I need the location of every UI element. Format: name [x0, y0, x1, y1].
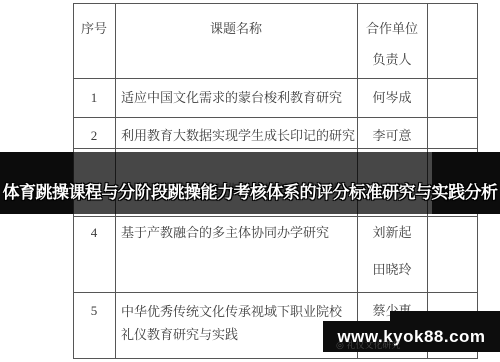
row-1-no: 1	[73, 89, 115, 107]
row-4-person2: 田晓玲	[357, 261, 427, 279]
row-4-person: 刘新起	[357, 224, 427, 242]
table-row-line-3	[73, 148, 478, 149]
row-5-topic: 中华优秀传统文化传承视域下职业院校礼仪教育研究与实践	[121, 300, 354, 346]
table-row-line-2	[73, 117, 478, 118]
header-topic: 课题名称	[115, 20, 357, 38]
row-2-person: 李可意	[357, 127, 427, 145]
watermark-faint-label: ◎ 礼仪文化研究	[336, 340, 476, 351]
row-1-person: 何岑成	[357, 89, 427, 107]
row-4-no: 4	[73, 224, 115, 242]
table-row-line-1	[73, 78, 478, 79]
table-row-line-5	[73, 292, 478, 293]
row-2-no: 2	[73, 127, 115, 145]
header-partner-line2: 负责人	[357, 51, 427, 69]
table-border-top	[73, 3, 478, 4]
page: 序号 课题名称 合作单位 负责人 1 适应中国文化需求的蒙台梭利教育研究 何岑成…	[0, 0, 500, 362]
row-5-no: 5	[73, 302, 115, 320]
table-row-line-4	[73, 216, 478, 217]
row-4-topic: 基于产教融合的多主体协同办学研究	[121, 224, 354, 242]
row-1-topic: 适应中国文化需求的蒙台梭利教育研究	[121, 89, 354, 107]
banner-title: 体育跳操课程与分阶段跳操能力考核体系的评分标准研究与实践分析	[0, 180, 500, 206]
table-border-bottom	[73, 358, 478, 359]
header-no: 序号	[73, 20, 115, 38]
row-2-topic: 利用教育大数据实现学生成长印记的研究	[121, 127, 354, 145]
header-partner-line1: 合作单位	[357, 20, 427, 38]
